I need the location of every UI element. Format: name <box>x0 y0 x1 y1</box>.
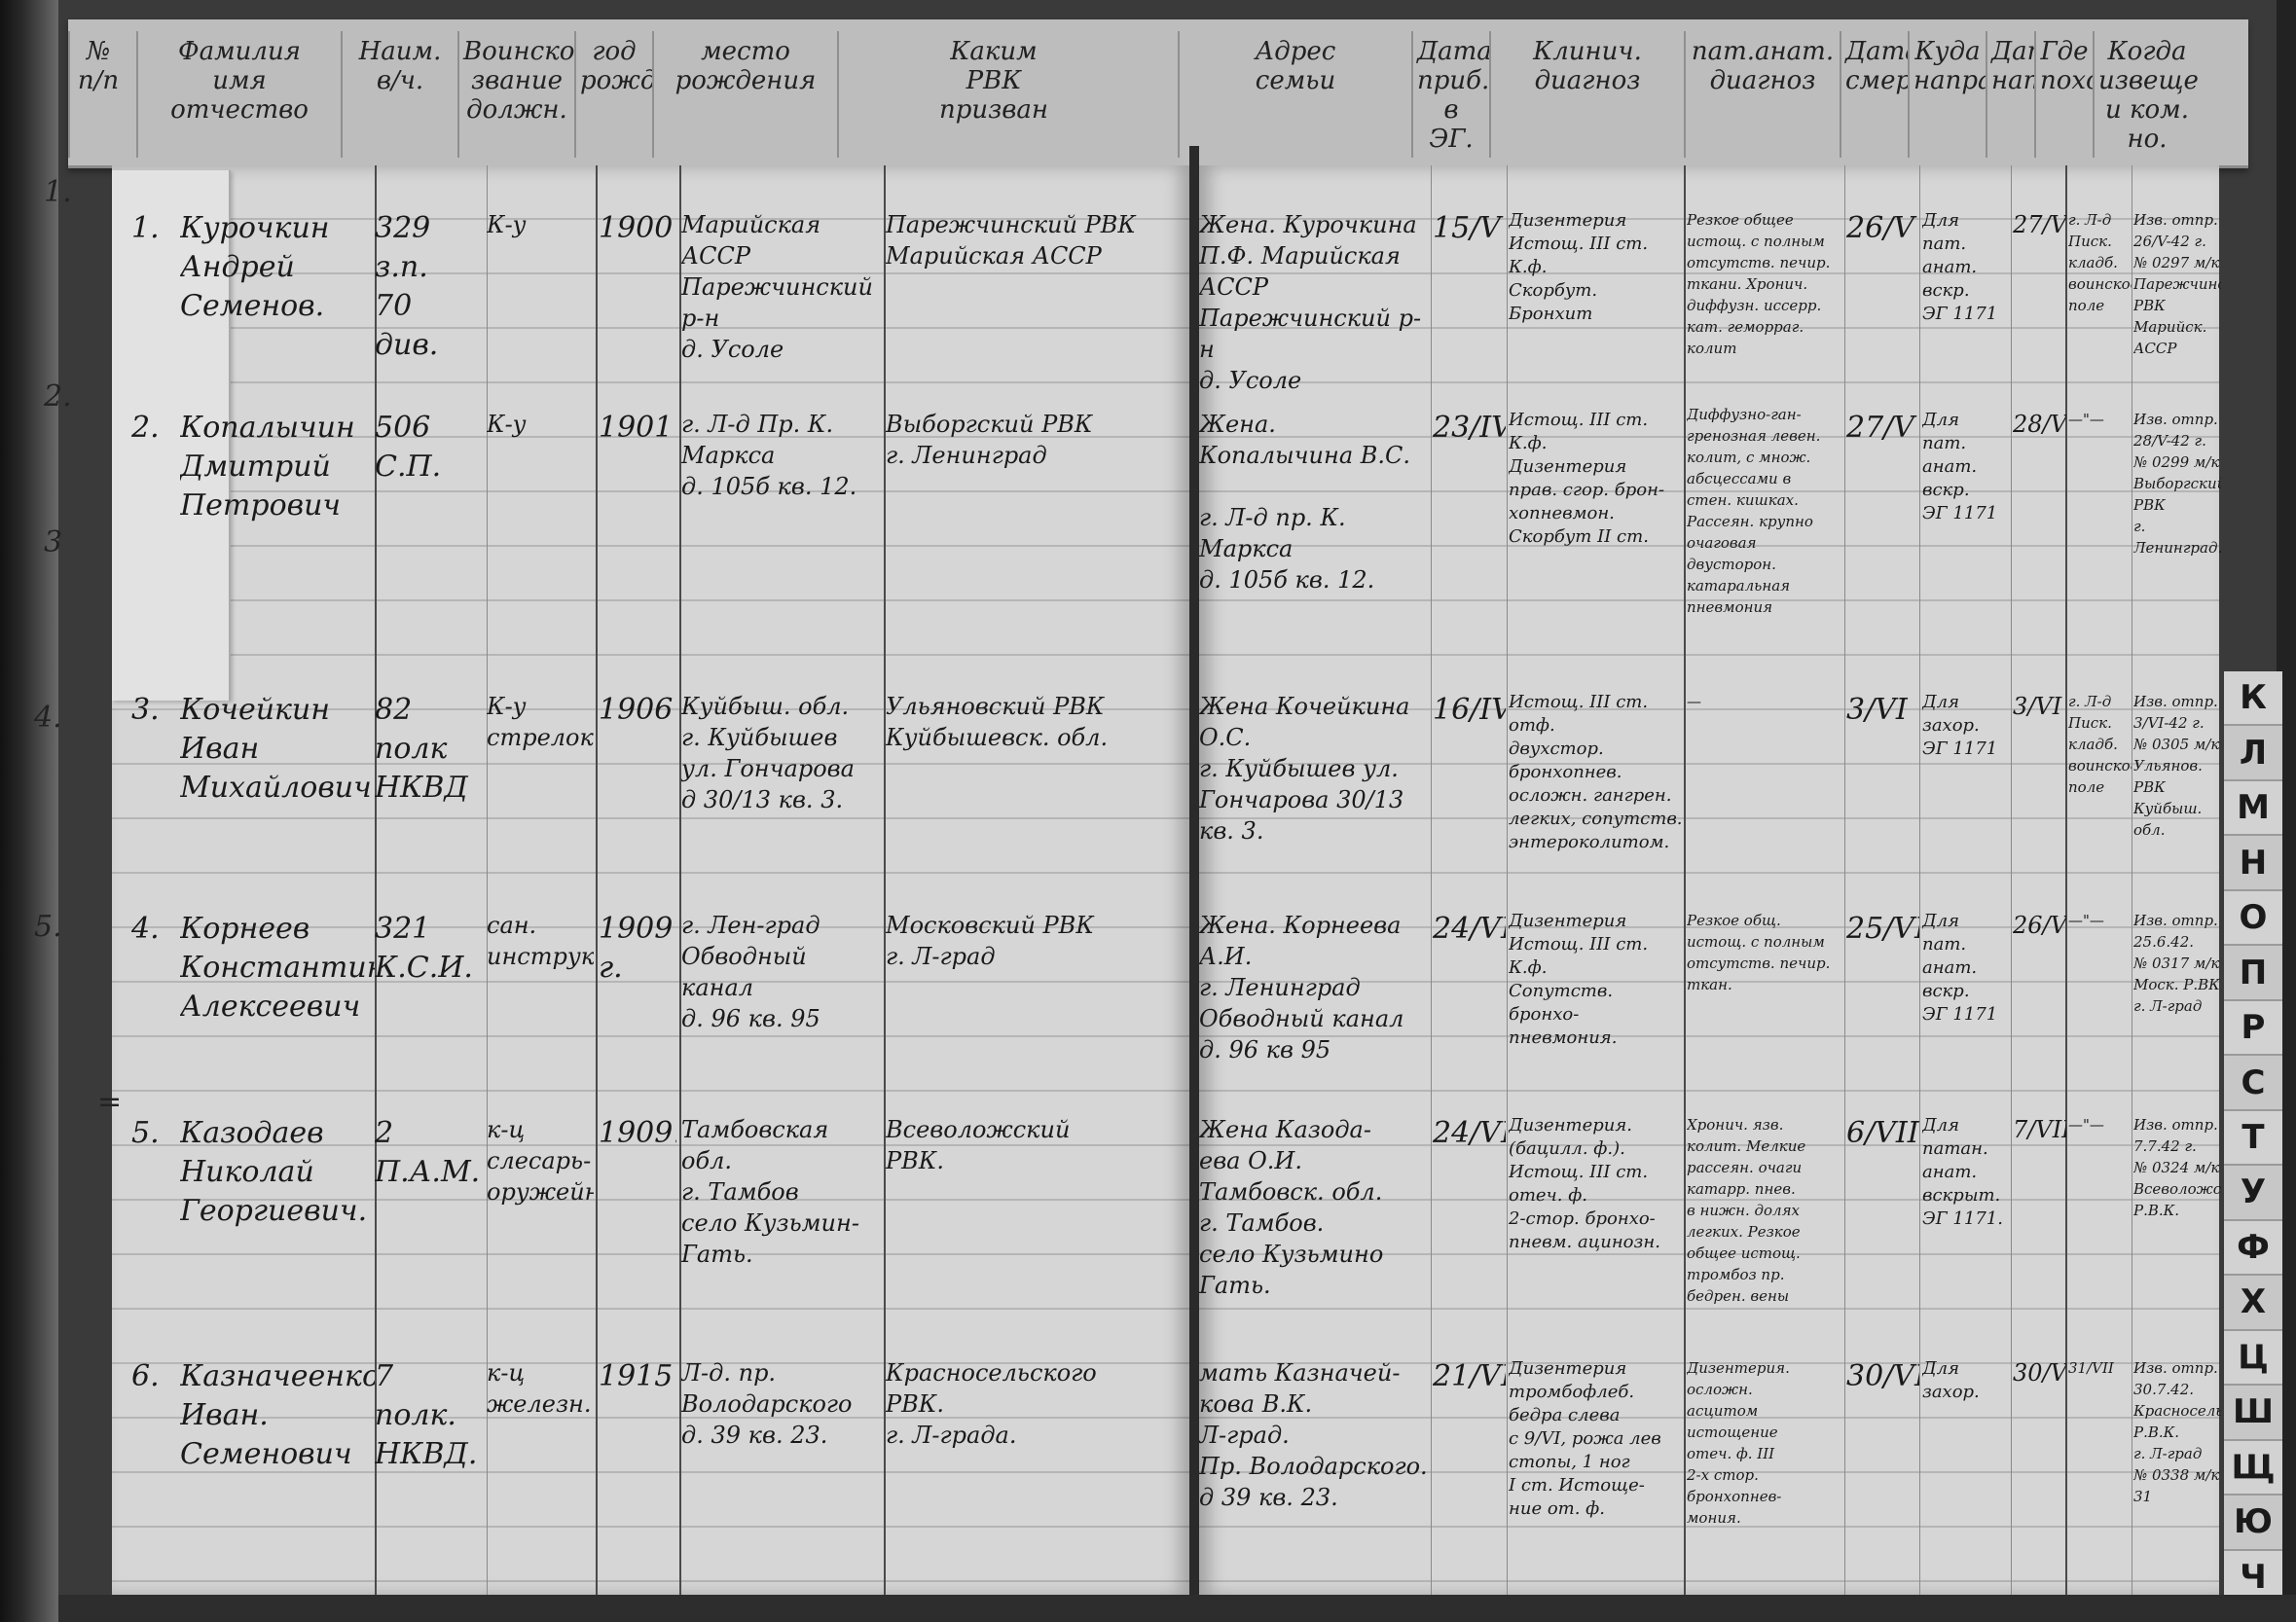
margin-number: 3 <box>44 525 62 559</box>
column-header-admit-date: Дата приб. в ЭГ. <box>1411 31 1489 158</box>
cell-sent-date: 7/VII <box>2013 1114 2066 1145</box>
cell-sent-date: 3/VI <box>2013 691 2066 722</box>
column-rule <box>1844 165 1845 1596</box>
cell-clin-dx: Истощ. III ст. К.ф. Дизентерия прав. сго… <box>1509 409 1684 549</box>
cell-path-dx: — <box>1687 691 1844 712</box>
cell-rvk: Выборгский РВК г. Ленинград <box>886 409 1187 471</box>
cell-name: Кочейкин Иван Михайлович <box>180 691 375 808</box>
cell-clin-dx: Истощ. III ст. отф. двухстор. бронхопнев… <box>1509 691 1684 854</box>
cell-address: Жена. Корнеева А.И. г. Ленинград Обводны… <box>1199 910 1431 1065</box>
cell-sent-date: 26/VI <box>2013 910 2066 941</box>
cell-address: Жена. Курочкина П.Ф. Марийская АССР Паре… <box>1199 209 1431 396</box>
cell-path-dx: Резкое общее истощ. с полным отсутств. п… <box>1687 209 1844 359</box>
cell-name: Корнеев Константин Алексеевич <box>180 910 375 1027</box>
cell-address: Жена. Копалычина В.С. г. Л-д пр. К. Марк… <box>1199 409 1431 595</box>
cell-rvk: Московский РВК г. Л-град <box>886 910 1187 972</box>
cell-birth-year: 1909 г. <box>599 910 676 988</box>
column-header-strip: № п/пФамилия имя отчествоНаим. в/ч.Воинс… <box>68 19 2248 168</box>
cell-rank: к-ц слесарь- оружейник <box>487 1114 594 1207</box>
cell-notice: Изв. отпр. 28/V-42 г. № 0299 м/к Выборгс… <box>2133 409 2221 559</box>
cell-birthplace: г. Л-д Пр. К. Маркса д. 105б кв. 12. <box>681 409 881 502</box>
cell-where-sent: Для захор. <box>1922 1357 2012 1404</box>
cell-burial: —"— <box>2068 910 2132 931</box>
cell-birthplace: г. Лен-град Обводный канал д. 96 кв. 95 <box>681 910 881 1034</box>
cell-birth-year: 1906 <box>599 691 676 730</box>
cell-name: Курочкин Андрей Семенов. <box>180 209 375 326</box>
cell-num: 3. <box>131 691 180 730</box>
cell-clin-dx: Дизентерия. (бацилл. ф.). Истощ. III ст.… <box>1509 1114 1684 1254</box>
column-rule <box>596 165 598 1596</box>
cell-birth-year: 1915 <box>599 1357 676 1396</box>
cell-path-dx: Дизентерия. осложн. асцитом истощение от… <box>1687 1357 1844 1529</box>
cell-sent-date: 27/V <box>2013 209 2066 240</box>
index-tab[interactable]: Н <box>2224 836 2282 890</box>
cell-unit: 329 з.п. 70 див. <box>375 209 482 365</box>
cell-notice: Изв. отпр. 3/VI-42 г. № 0305 м/к Ульянов… <box>2133 691 2221 841</box>
index-tab[interactable]: Ш <box>2224 1386 2282 1440</box>
index-tab[interactable]: М <box>2224 781 2282 836</box>
column-header-name: Фамилия имя отчество <box>136 31 341 158</box>
column-header-burial: Где похоронен <box>2034 31 2093 158</box>
column-header-sent-date: Дата направ. <box>1986 31 2034 158</box>
column-rule <box>1431 165 1432 1596</box>
column-header-rank: Воинское звание должн. <box>457 31 574 158</box>
cell-death-date: 25/VI <box>1846 910 1919 949</box>
cell-path-dx: Резкое общ. истощ. с полным отсутств. пе… <box>1687 910 1844 995</box>
cell-address: Жена Кочейкина О.С. г. Куйбышев ул. Гонч… <box>1199 691 1431 847</box>
column-rule <box>1919 165 1920 1596</box>
cell-unit: 7 полк. НКВД. <box>375 1357 482 1474</box>
margin-number: 5. <box>34 910 62 944</box>
index-tab[interactable]: Х <box>2224 1276 2282 1330</box>
column-rule <box>1684 165 1686 1596</box>
cell-burial: 31/VII <box>2068 1357 2132 1379</box>
cell-num: 6. <box>131 1357 180 1396</box>
cell-admit-date: 15/V <box>1433 209 1506 248</box>
cell-rank: к-ц железн. <box>487 1357 594 1420</box>
cell-burial: г. Л-д Писк. кладб. воинское поле <box>2068 691 2132 798</box>
book-binding-left <box>0 0 58 1622</box>
index-tab[interactable]: С <box>2224 1056 2282 1110</box>
cell-path-dx: Диффузно-ган- гренозная левен. колит, с … <box>1687 404 1844 618</box>
cell-admit-date: 24/VI <box>1433 1114 1506 1153</box>
index-tab[interactable]: П <box>2224 946 2282 1000</box>
column-header-clin-dx: Клинич. диагноз <box>1489 31 1684 158</box>
cell-rvk: Красносельского РВК. г. Л-града. <box>886 1357 1187 1451</box>
column-rule <box>2132 165 2132 1596</box>
cell-notice: Изв. отпр. 7.7.42 г. № 0324 м/к Всеволож… <box>2133 1114 2221 1221</box>
cell-death-date: 6/VII <box>1846 1114 1919 1153</box>
cell-clin-dx: Дизентерия Истощ. III ст. К.ф. Скорбут. … <box>1509 209 1684 326</box>
column-header-where-sent: Куда направ. <box>1908 31 1986 158</box>
cell-notice: Изв. отпр. 26/V-42 г. № 0297 м/к Парежчи… <box>2133 209 2221 359</box>
index-tab[interactable]: О <box>2224 891 2282 946</box>
cell-rvk: Ульяновский РВК Куйбышевск. обл. <box>886 691 1187 753</box>
cell-num: 4. <box>131 910 180 949</box>
cell-clin-dx: Дизентерия тромбофлеб. бедра слева с 9/V… <box>1509 1357 1684 1521</box>
cell-unit: 2 П.А.М. <box>375 1114 482 1192</box>
cell-birth-year: 1900 <box>599 209 676 248</box>
cell-burial: —"— <box>2068 1114 2132 1135</box>
index-tab[interactable]: Щ <box>2224 1441 2282 1496</box>
cell-unit: 321 К.С.И. <box>375 910 482 988</box>
cell-address: Жена Казода- ева О.И. Тамбовск. обл. г. … <box>1199 1114 1431 1301</box>
cell-birthplace: Куйбыш. обл. г. Куйбышев ул. Гончарова д… <box>681 691 881 815</box>
cell-num: 5. <box>131 1114 180 1153</box>
cell-where-sent: Для захор. ЭГ 1171 <box>1922 691 2012 761</box>
cell-rvk: Парежчинский РВК Марийская АССР <box>886 209 1187 271</box>
alphabet-index-tabs: КЛМНОПРСТУФХЦШЩЮЧ <box>2224 671 2282 1605</box>
index-tab[interactable]: Р <box>2224 1001 2282 1056</box>
cell-birthplace: Л-д. пр. Володарского д. 39 кв. 23. <box>681 1357 881 1451</box>
cell-birth-year: 1909. <box>599 1114 676 1153</box>
column-header-rvk: Каким РВК призван <box>837 31 1148 158</box>
cell-unit: 82 полк НКВД <box>375 691 482 808</box>
cell-rank: К-у стрелок <box>487 691 594 753</box>
cell-notice: Изв. отпр. 30.7.42. Красносельск. Р.В.К.… <box>2133 1357 2221 1507</box>
cell-birthplace: Тамбовская обл. г. Тамбов село Кузьмин- … <box>681 1114 881 1270</box>
column-header-address: Адрес семьи <box>1178 31 1411 158</box>
cell-admit-date: 24/VI <box>1433 910 1506 949</box>
cell-rank: К-у <box>487 409 594 440</box>
margin-number: 1. <box>44 175 72 209</box>
cell-admit-date: 21/VII <box>1433 1357 1506 1396</box>
index-tab[interactable]: Ц <box>2224 1331 2282 1386</box>
cell-burial: г. Л-д Писк. кладб. воинское поле <box>2068 209 2132 316</box>
cell-name: Казодаев Николай Георгиевич. <box>180 1114 375 1231</box>
page-gutter <box>1189 146 1199 1596</box>
index-tab[interactable]: Л <box>2224 726 2282 780</box>
margin-number: 2. <box>44 379 72 414</box>
cell-rvk: Всеволожский РВК. <box>886 1114 1187 1176</box>
cell-burial: —"— <box>2068 409 2132 430</box>
cell-birth-year: 1901 <box>599 409 676 448</box>
margin-number: 4. <box>34 701 62 735</box>
cell-death-date: 27/V <box>1846 409 1919 448</box>
cell-unit: 506 С.П. <box>375 409 482 487</box>
cell-rank: К-у <box>487 209 594 240</box>
cell-num: 2. <box>131 409 180 448</box>
index-tab[interactable]: Ф <box>2224 1221 2282 1276</box>
cell-path-dx: Хронич. язв. колит. Мелкие рассеян. очаг… <box>1687 1114 1844 1307</box>
index-tab[interactable]: К <box>2224 671 2282 726</box>
index-tab[interactable]: Т <box>2224 1111 2282 1166</box>
index-tab[interactable]: Ю <box>2224 1496 2282 1550</box>
column-header-path-dx: пат.анат. диагноз <box>1684 31 1840 158</box>
cell-where-sent: Для пат. анат. вскр. ЭГ 1171 <box>1922 910 2012 1027</box>
margin-number: = <box>97 1085 122 1119</box>
cell-where-sent: Для пат. анат. вскр. ЭГ 1171 <box>1922 209 2012 326</box>
cell-rank: сан. инструкт. <box>487 910 594 972</box>
column-header-birthplace: место рождения <box>652 31 837 158</box>
cell-address: мать Казначей- кова В.К. Л-град. Пр. Вол… <box>1199 1357 1431 1513</box>
cell-notice: Изв. отпр. 25.6.42. № 0317 м/к Моск. Р.В… <box>2133 910 2221 1017</box>
cell-admit-date: 16/IV <box>1433 691 1506 730</box>
cell-clin-dx: Дизентерия Истощ. III ст. К.ф. Сопутств.… <box>1509 910 1684 1050</box>
cell-sent-date: 30/VII <box>2013 1357 2066 1388</box>
cell-death-date: 26/V <box>1846 209 1919 248</box>
column-header-notice: Когда извещения и ком. но. <box>2093 31 2200 158</box>
column-header-death-date: Дата смерти <box>1840 31 1908 158</box>
column-header-unit: Наим. в/ч. <box>341 31 457 158</box>
cell-sent-date: 28/V <box>2013 409 2066 440</box>
cell-name: Казначеенков Иван. Семенович <box>180 1357 375 1474</box>
cell-death-date: 30/VII <box>1846 1357 1919 1396</box>
column-rule <box>1507 165 1508 1596</box>
cell-birthplace: Марийская АССР Парежчинский р-н д. Усоле <box>681 209 881 365</box>
cell-admit-date: 23/IV <box>1433 409 1506 448</box>
cell-where-sent: Для пат. анат. вскр. ЭГ 1171 <box>1922 409 2012 525</box>
book-bottom-edge <box>58 1595 2296 1622</box>
cell-death-date: 3/VI <box>1846 691 1919 730</box>
cell-name: Копалычин Дмитрий Петрович <box>180 409 375 525</box>
cell-num: 1. <box>131 209 180 248</box>
column-header-num: № п/п <box>68 31 127 158</box>
cell-where-sent: Для патан. анат. вскрыт. ЭГ 1171. <box>1922 1114 2012 1231</box>
column-header-birth-year: год рожд. <box>574 31 652 158</box>
index-tab[interactable]: У <box>2224 1166 2282 1220</box>
